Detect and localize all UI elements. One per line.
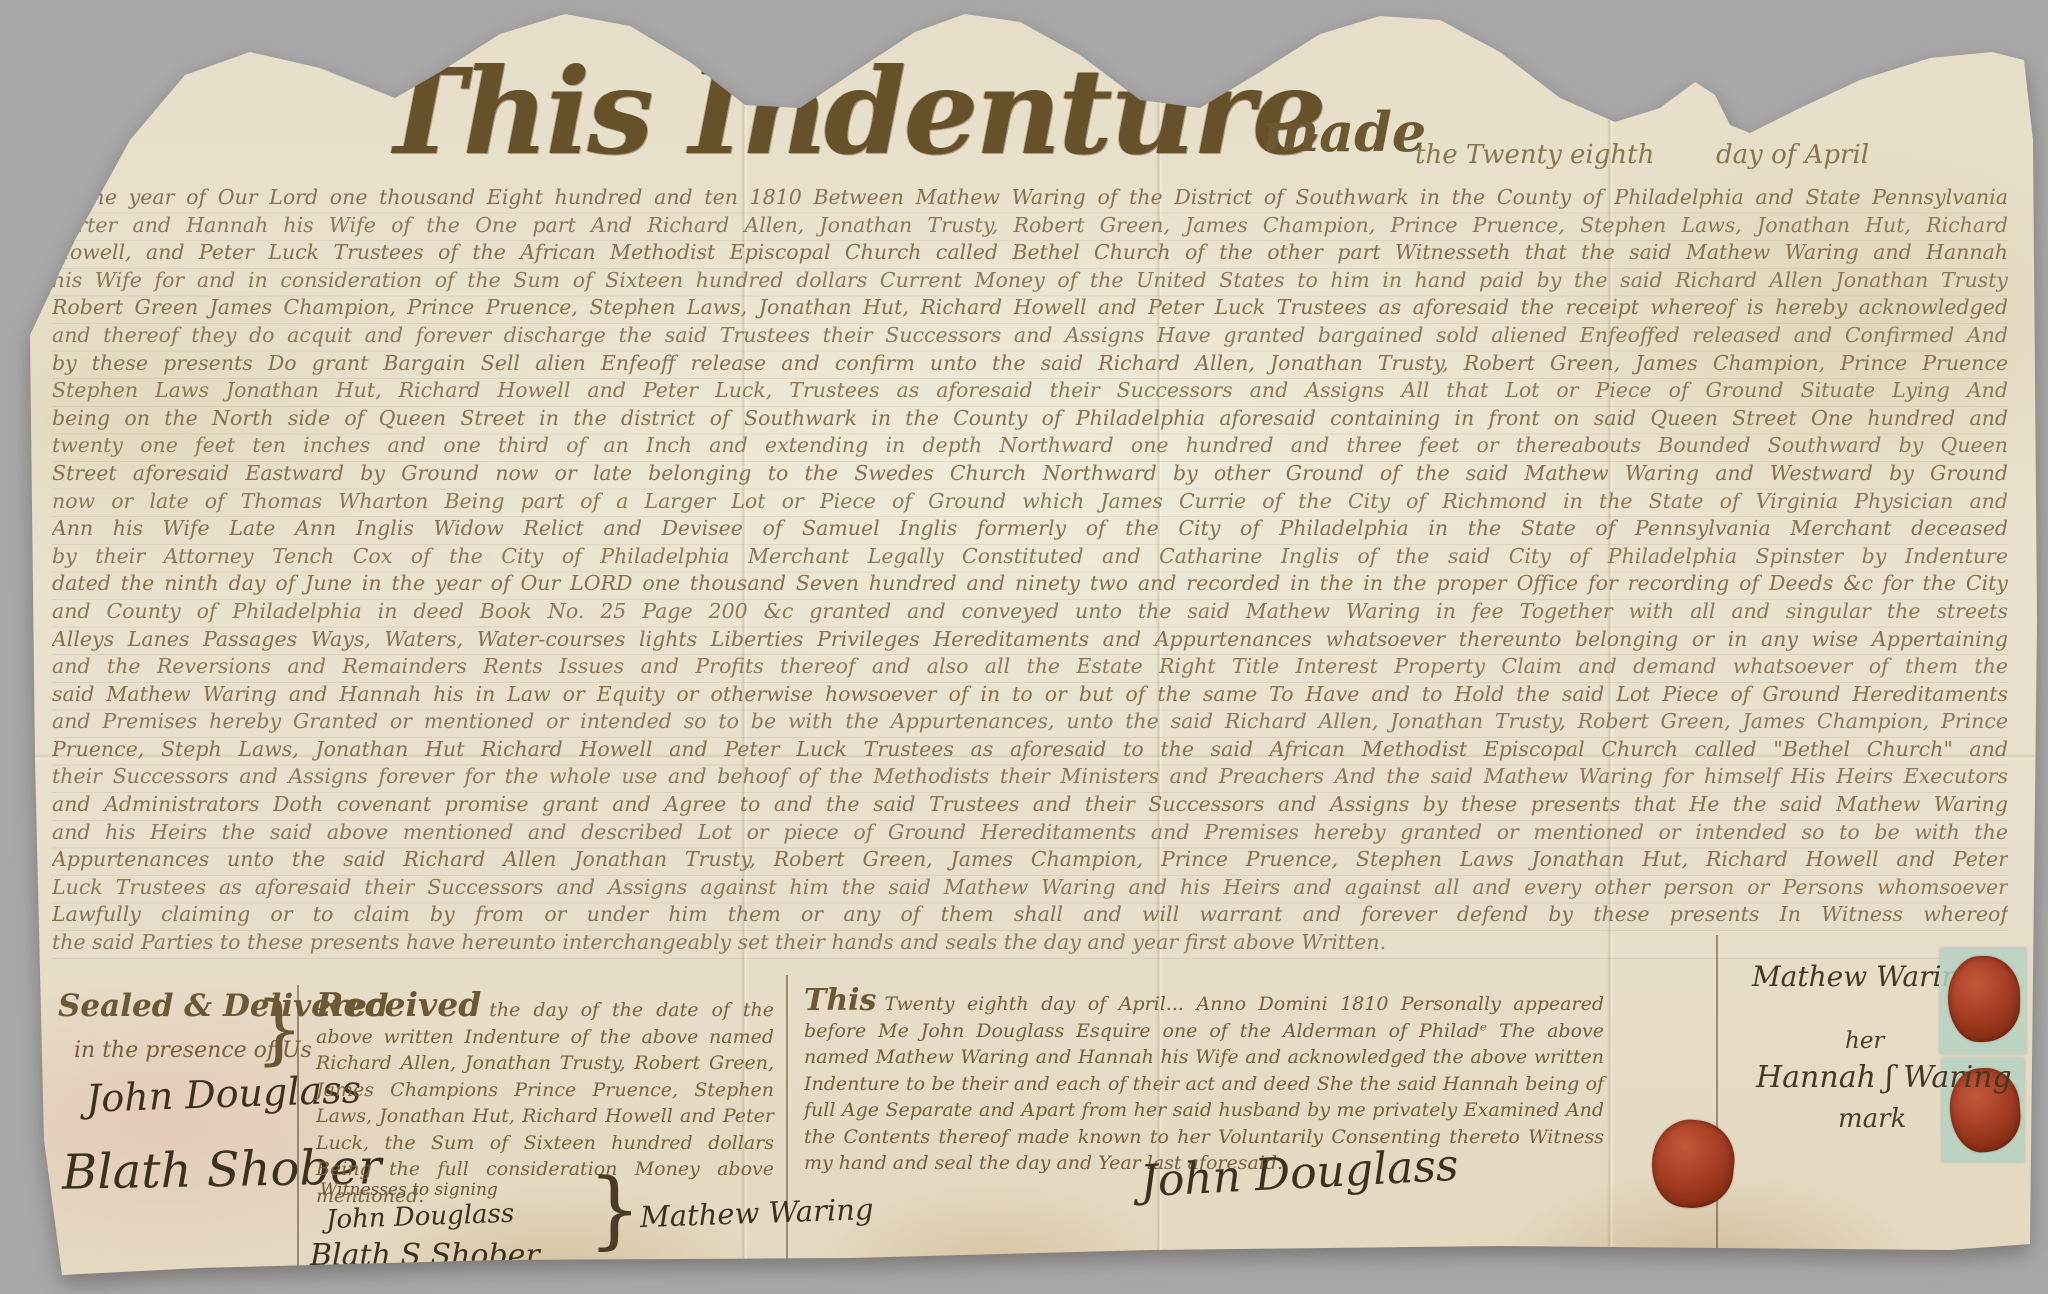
her-mark-pre: her: [1845, 1028, 1884, 1054]
parchment-wrapper: This Indenture made the Twenty eighth da…: [0, 0, 2048, 1294]
manuscript-line: and Administrators Doth covenant promise…: [52, 791, 2008, 819]
wax-seal: [1948, 956, 2020, 1042]
manuscript-line: the said Parties to these presents have …: [52, 929, 2008, 957]
column-divider: [786, 975, 788, 1290]
manuscript-line: Howell, and Peter Luck Trustees of the A…: [52, 239, 2008, 267]
document-scan: This Indenture made the Twenty eighth da…: [0, 0, 2048, 1294]
manuscript-line: and the Reversions and Remainders Rents …: [52, 653, 2008, 681]
her-mark-post: mark: [1838, 1104, 1906, 1134]
title-made-word: made: [1262, 100, 1426, 164]
manuscript-line: twenty one feet ten inches and one third…: [52, 432, 2008, 460]
manuscript-line: and Premises hereby Granted or mentioned…: [52, 708, 2008, 736]
acknowledgment-paragraph: ThisTwenty eighth day of April... Anno D…: [804, 988, 1604, 1177]
manuscript-line: being on the North side of Queen Street …: [52, 405, 2008, 433]
receipt-paragraph: Receivedthe day of the date of the above…: [316, 992, 774, 1209]
manuscript-line: Luck Trustees as aforesaid their Success…: [52, 874, 2008, 902]
receipt-text: the day of the date of the above written…: [316, 999, 774, 1207]
title-date-month: day of April: [1716, 140, 1869, 170]
receipt-witness-douglass: John Douglass: [326, 1199, 515, 1236]
manuscript-line: his Wife for and in consideration of the…: [52, 267, 2008, 295]
manuscript-line: by their Attorney Tench Cox of the City …: [52, 543, 2008, 571]
manuscript-line: now or late of Thomas Wharton Being part…: [52, 488, 2008, 516]
document-title: This Indenture: [378, 42, 1324, 181]
manuscript-line: Street aforesaid Eastward by Ground now …: [52, 460, 2008, 488]
manuscript-line: in the year of Our Lord one thousand Eig…: [52, 184, 2008, 212]
manuscript-line: Ann his Wife Late Ann Inglis Widow Relic…: [52, 515, 2008, 543]
title-date-day: the Twenty eighth: [1415, 140, 1654, 170]
manuscript-line: and thereof they do acquit and forever d…: [52, 322, 2008, 350]
manuscript-line: Robert Green James Champion, Prince Prue…: [52, 294, 2008, 322]
manuscript-line: Alleys Lanes Passages Ways, Waters, Wate…: [52, 626, 2008, 654]
manuscript-line: said Mathew Waring and Hannah his in Law…: [52, 681, 2008, 709]
manuscript-line: Pruence, Steph Laws, Jonathan Hut Richar…: [52, 736, 2008, 764]
wife-signature-hannah-waring: Hannah ʃ Waring: [1756, 1060, 2012, 1095]
wax-seal: [1648, 1116, 1739, 1212]
parchment-sheet: This Indenture made the Twenty eighth da…: [0, 0, 2048, 1294]
manuscript-line: by these presents Do grant Bargain Sell …: [52, 350, 2008, 378]
manuscript-line: Porter and Hannah his Wife of the One pa…: [52, 212, 2008, 240]
receipt-signature-waring: Mathew Waring: [639, 1192, 874, 1234]
receipt-brace: }: [588, 1160, 641, 1258]
receipt-opener: Received: [316, 985, 481, 1024]
witnesses-to-signing-label: Witnesses to signing: [320, 1180, 498, 1200]
acknowledgment-opener: This: [804, 983, 876, 1018]
manuscript-line: their Successors and Assigns forever for…: [52, 763, 2008, 791]
column-divider: [1716, 935, 1718, 1290]
manuscript-line: and County of Philadelphia in deed Book …: [52, 598, 2008, 626]
manuscript-line: Appurtenances unto the said Richard Alle…: [52, 846, 2008, 874]
manuscript-line: and his Heirs the said above mentioned a…: [52, 819, 2008, 847]
receipt-witness-shober: Blath S Shober: [310, 1238, 540, 1273]
manuscript-line: Stephen Laws Jonathan Hut, Richard Howel…: [52, 377, 2008, 405]
presence-line: in the presence of Us: [74, 1038, 312, 1063]
acknowledgment-text: Twenty eighth day of April... Anno Domin…: [804, 993, 1604, 1174]
manuscript-line: dated the ninth day of June in the year …: [52, 570, 2008, 598]
manuscript-body: in the year of Our Lord one thousand Eig…: [52, 184, 2008, 957]
manuscript-line: Lawfully claiming or to claim by from or…: [52, 901, 2008, 929]
